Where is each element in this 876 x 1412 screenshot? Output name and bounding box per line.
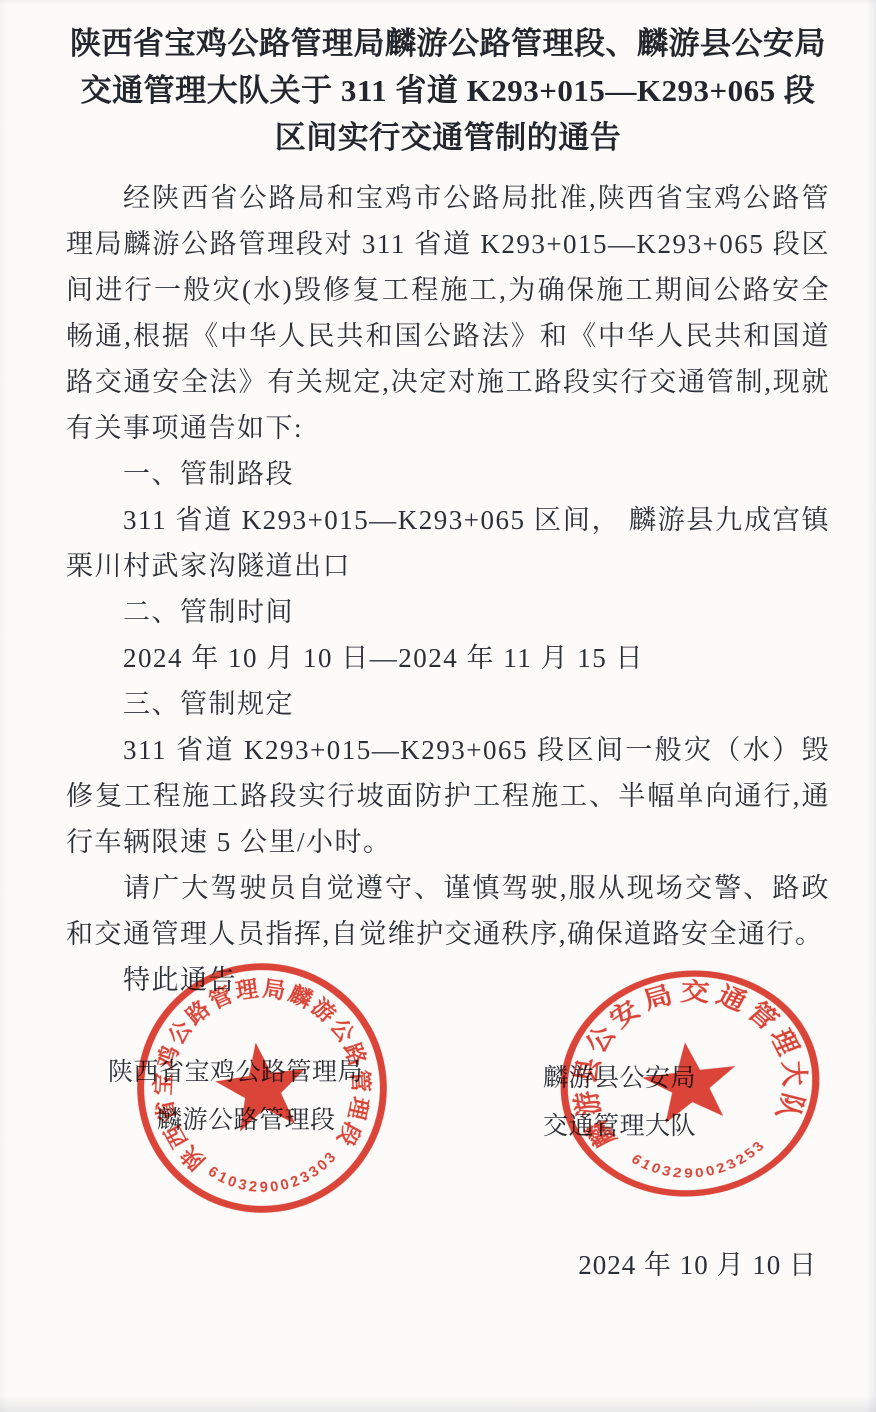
seal-star-icon bbox=[211, 1036, 313, 1134]
intro-paragraph: 经陕西省公路局和宝鸡市公路局批准,陕西省宝鸡公路管理局麟游公路管理段对 311 … bbox=[66, 175, 830, 451]
scanned-notice-document: 陕西省宝鸡公路管理局麟游公路管理段、麟游县公安局交通管理大队关于 311 省道 … bbox=[0, 0, 876, 1412]
control-period: 2024 年 10 月 10 日—2024 年 11 月 15 日 bbox=[66, 635, 830, 681]
seal-star-icon bbox=[638, 1037, 741, 1126]
section-1-heading: 一、管制路段 bbox=[66, 451, 830, 497]
section-3-body: 311 省道 K293+015—K293+065 段区间一般灾（水）毁修复工程施… bbox=[66, 727, 830, 865]
driver-notice-paragraph: 请广大驾驶员自觉遵守、谨慎驾驶,服从现场交警、路政和交通管理人员指挥,自觉维护交… bbox=[66, 865, 830, 957]
section-2-heading: 二、管制时间 bbox=[66, 589, 830, 635]
issue-date: 2024 年 10 月 10 日 bbox=[578, 1243, 817, 1282]
document-content: 陕西省宝鸡公路管理局麟游公路管理段、麟游县公安局交通管理大队关于 311 省道 … bbox=[0, 0, 876, 1003]
section-3-heading: 三、管制规定 bbox=[66, 681, 830, 727]
notice-title: 陕西省宝鸡公路管理局麟游公路管理段、麟游县公安局交通管理大队关于 311 省道 … bbox=[66, 20, 830, 161]
official-seal-right: 麟游县公安局交通管理大队 6103290023253 bbox=[542, 950, 839, 1216]
section-1-body: 311 省道 K293+015—K293+065 区间， 麟游县九成宫镇栗川村武… bbox=[66, 497, 830, 589]
official-seal-left: 陕西省宝鸡公路管理局麟游公路管理段 6103290023303 bbox=[115, 941, 409, 1235]
notice-body: 经陕西省公路局和宝鸡市公路局批准,陕西省宝鸡公路管理局麟游公路管理段对 311 … bbox=[66, 175, 830, 1003]
